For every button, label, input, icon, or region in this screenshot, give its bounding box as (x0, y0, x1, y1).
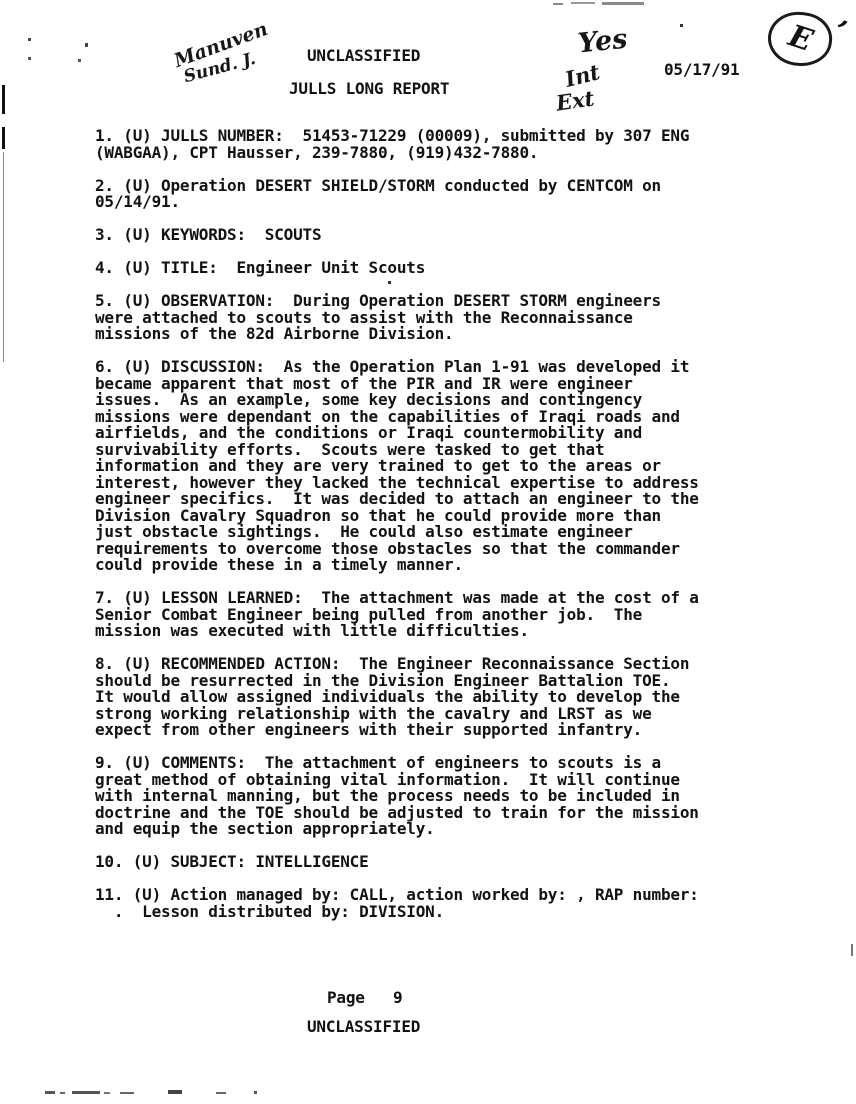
handwritten-ext: Ext (554, 85, 595, 115)
scan-artifact-bottom-dash (216, 1092, 226, 1094)
header-classification: UNCLASSIFIED (307, 48, 420, 65)
handwritten-yes: Yes (577, 24, 629, 60)
paragraph-11: 11. (U) Action managed by: CALL, action … (95, 887, 815, 920)
scan-artifact-bottom-dash (120, 1092, 134, 1094)
date-stamp: 05/17/91 (664, 62, 739, 79)
footer-page-number: Page 9 (327, 990, 402, 1007)
document-page: UNCLASSIFIED JULLS LONG REPORT 05/17/91 … (0, 0, 856, 1104)
circle-pen-tick: ’ (828, 14, 851, 50)
scan-speck (388, 281, 391, 284)
report-body: 1. (U) JULLS NUMBER: 51453-71229 (00009)… (95, 128, 815, 937)
circled-letter-annotation: E ’ (765, 8, 836, 70)
paragraph-3: 3. (U) KEYWORDS: SCOUTS (95, 227, 815, 244)
paragraph-6: 6. (U) DISCUSSION: As the Operation Plan… (95, 359, 815, 574)
paragraph-10: 10. (U) SUBJECT: INTELLIGENCE (95, 854, 815, 871)
scan-speck (85, 43, 88, 47)
report-title: JULLS LONG REPORT (289, 81, 449, 98)
scan-artifact-bottom-dash (72, 1091, 100, 1094)
scan-artifact-bottom-dash (168, 1090, 182, 1094)
paragraph-8: 8. (U) RECOMMENDED ACTION: The Engineer … (95, 656, 815, 739)
scan-artifact-bottom-dash (254, 1091, 257, 1094)
scan-artifact-top-dash (571, 2, 595, 4)
scan-speck (28, 38, 31, 41)
scan-artifact-top-dash (602, 2, 644, 5)
scan-artifact-left-line (3, 152, 4, 362)
scan-artifact-bottom-dash (104, 1092, 110, 1094)
scan-artifact-left-bar (2, 85, 5, 114)
circled-letter-e: E (784, 21, 815, 57)
scan-artifact-left-bar (2, 127, 5, 149)
scan-artifact-bottom-dash (60, 1092, 65, 1094)
footer-classification: UNCLASSIFIED (307, 1019, 420, 1036)
paragraph-2: 2. (U) Operation DESERT SHIELD/STORM con… (95, 178, 815, 211)
paragraph-5: 5. (U) OBSERVATION: During Operation DES… (95, 293, 815, 343)
paragraph-4: 4. (U) TITLE: Engineer Unit Scouts (95, 260, 815, 277)
scan-artifact-right-tick (851, 944, 853, 956)
scan-speck (680, 24, 683, 27)
paragraph-9: 9. (U) COMMENTS: The attachment of engin… (95, 755, 815, 838)
paragraph-1: 1. (U) JULLS NUMBER: 51453-71229 (00009)… (95, 128, 815, 161)
scan-artifact-top-dash (553, 3, 563, 5)
paragraph-7: 7. (U) LESSON LEARNED: The attachment wa… (95, 590, 815, 640)
scan-artifact-bottom-dash (45, 1091, 55, 1094)
scan-speck (78, 59, 81, 62)
scan-speck (332, 131, 335, 134)
scan-speck (28, 57, 31, 60)
